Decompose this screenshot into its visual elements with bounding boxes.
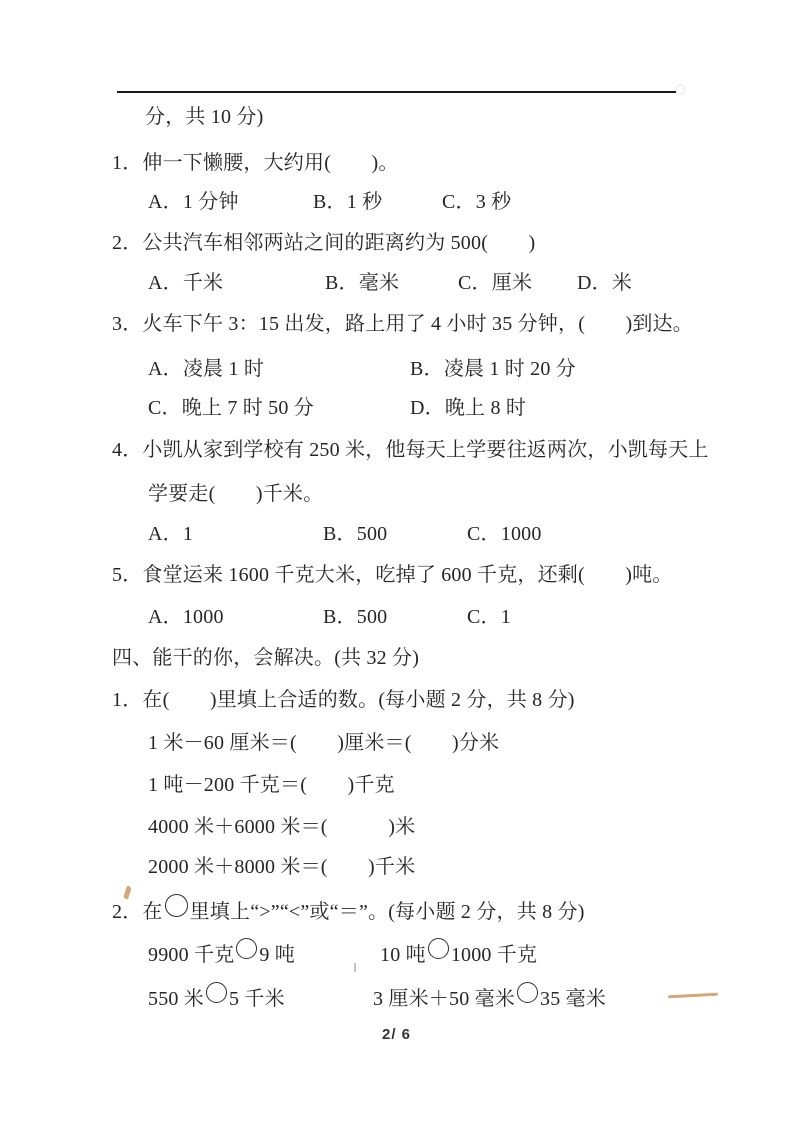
comparison-right: 1000 千克 — [451, 944, 537, 966]
question-1-stem: 1．伸一下懒腰，大约用( )。 — [112, 150, 399, 177]
comparison-right: 9 吨 — [259, 944, 295, 966]
comparison-item-3: 550 米5 千米 — [148, 982, 285, 1013]
question-5-stem: 5．食堂运来 1600 千克大米，吃掉了 600 千克，还剩( )吨。 — [112, 562, 673, 589]
top-horizontal-rule — [117, 91, 676, 93]
comparison-item-2: 10 吨1000 千克 — [380, 938, 537, 969]
question-4-stem-line2: 学要走( )千米。 — [148, 481, 323, 508]
comparison-right: 35 毫米 — [540, 988, 606, 1010]
question-5-option-b: B．500 — [323, 604, 387, 631]
comparison-circle-icon — [428, 938, 449, 959]
section4-q2-stem: 2．在里填上“>”“<”或“＝”。(每小题 2 分，共 8 分) — [112, 894, 585, 926]
comparison-left: 3 厘米＋50 毫米 — [373, 988, 515, 1010]
question-1-option-c: C．3 秒 — [442, 189, 511, 216]
scan-artifact — [676, 84, 685, 95]
question-3-stem: 3．火车下午 3：15 出发，路上用了 4 小时 35 分钟，( )到达。 — [112, 311, 693, 338]
question-2-option-a: A．千米 — [148, 270, 223, 297]
question-3-option-a: A．凌晨 1 时 — [148, 356, 264, 383]
comparison-left: 9900 千克 — [148, 944, 234, 966]
comparison-item-4: 3 厘米＋50 毫米35 毫米 — [373, 982, 606, 1013]
question-2-option-d: D．米 — [577, 270, 632, 297]
comparison-circle-icon — [165, 894, 188, 917]
comparison-item-1: 9900 千克9 吨 — [148, 938, 295, 969]
fill-blank-line-2: 1 吨－200 千克＝( )千克 — [148, 772, 395, 799]
question-1-option-a: A．1 分钟 — [148, 189, 239, 216]
question-3-option-c: C．晚上 7 时 50 分 — [148, 395, 314, 422]
question-4-option-c: C．1000 — [467, 521, 542, 548]
fill-blank-line-1: 1 米－60 厘米＝( )厘米＝( )分米 — [148, 730, 499, 757]
comparison-left: 10 吨 — [380, 944, 426, 966]
question-3-option-d: D．晚上 8 时 — [410, 395, 526, 422]
exam-page: 分，共 10 分) 1．伸一下懒腰，大约用( )。 A．1 分钟 B．1 秒 C… — [0, 0, 793, 1122]
comparison-right: 5 千米 — [229, 988, 285, 1010]
score-tail-line: 分，共 10 分) — [145, 104, 263, 131]
section4-q1-stem: 1．在( )里填上合适的数。(每小题 2 分，共 8 分) — [112, 687, 575, 714]
page-number: 2/ 6 — [0, 1026, 793, 1043]
section-4-title: 四、能干的你，会解决。(共 32 分) — [112, 645, 419, 672]
question-2-option-b: B．毫米 — [325, 270, 399, 297]
fill-blank-line-4: 2000 米＋8000 米＝( )千米 — [148, 854, 415, 881]
comparison-circle-icon — [236, 938, 257, 959]
comparison-left: 550 米 — [148, 988, 204, 1010]
question-1-option-b: B．1 秒 — [313, 189, 382, 216]
scan-artifact — [354, 963, 356, 972]
question-4-option-b: B．500 — [323, 521, 387, 548]
question-4-option-a: A．1 — [148, 521, 193, 548]
question-2-option-c: C．厘米 — [458, 270, 532, 297]
section4-q2-stem-suffix: 里填上“>”“<”或“＝”。(每小题 2 分，共 8 分) — [190, 901, 585, 923]
section4-q2-stem-prefix: 2．在 — [112, 901, 163, 923]
question-4-stem-line1: 4．小凯从家到学校有 250 米，他每天上学要往返两次，小凯每天上 — [112, 437, 709, 464]
comparison-circle-icon — [517, 982, 538, 1003]
fill-blank-line-3: 4000 米＋6000 米＝( )米 — [148, 814, 415, 841]
comparison-circle-icon — [206, 982, 227, 1003]
question-2-stem: 2．公共汽车相邻两站之间的距离约为 500( ) — [112, 230, 535, 257]
scan-artifact — [668, 993, 718, 999]
question-5-option-a: A．1000 — [148, 604, 224, 631]
question-3-option-b: B．凌晨 1 时 20 分 — [410, 356, 576, 383]
question-5-option-c: C．1 — [467, 604, 511, 631]
